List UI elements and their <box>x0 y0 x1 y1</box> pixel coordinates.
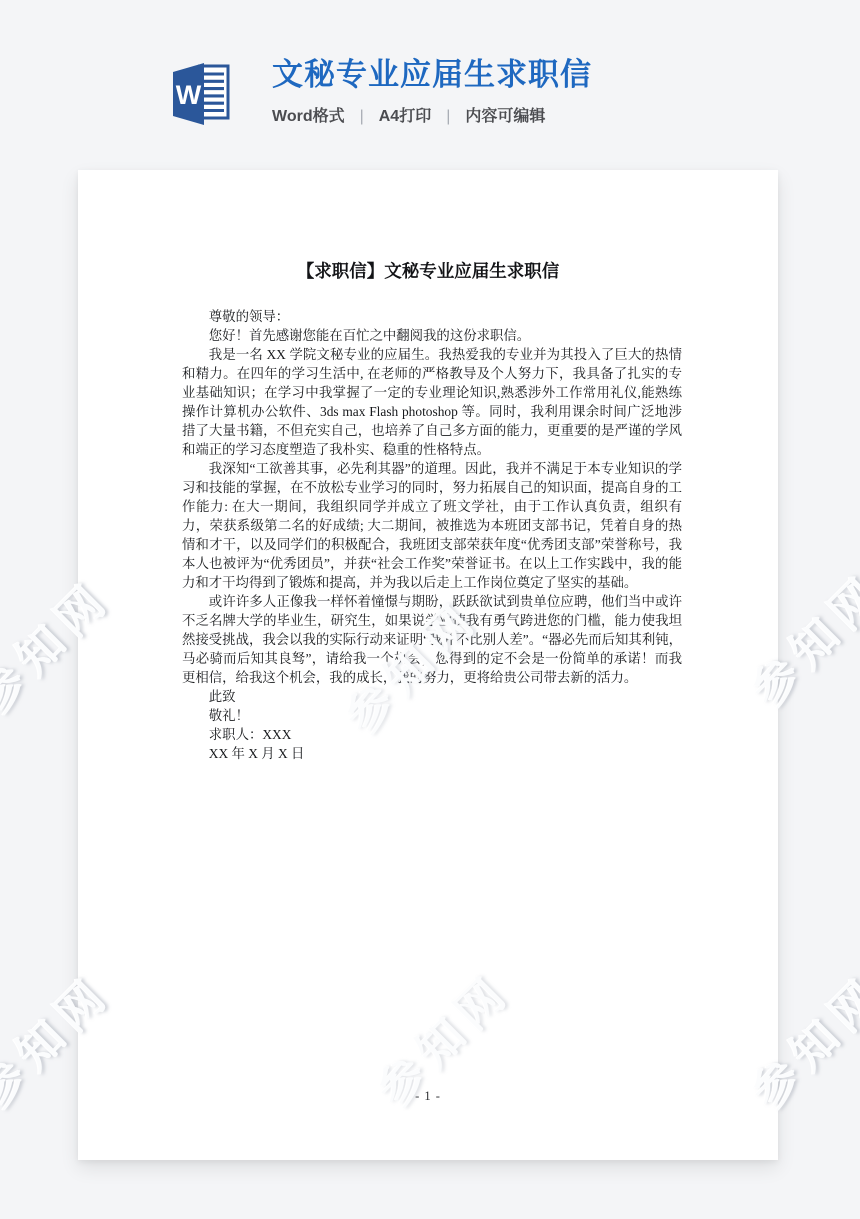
document-body: 尊敬的领导：您好！首先感谢您能在百忙之中翻阅我的这份求职信。我是一名 XX 学院… <box>78 307 778 763</box>
meta-separator: | <box>360 108 364 125</box>
paragraph: 尊敬的领导： <box>182 307 682 326</box>
meta-a4-print: A4打印 <box>379 108 431 125</box>
meta-editable: 内容可编辑 <box>465 108 545 125</box>
paragraph: 求职人：XXX <box>182 725 682 744</box>
format-meta: Word格式|A4打印|内容可编辑 <box>272 103 592 126</box>
paragraph: 敬礼！ <box>182 706 682 725</box>
header-text: 文秘专业应届生求职信 Word格式|A4打印|内容可编辑 <box>272 58 592 126</box>
paragraph: 您好！首先感谢您能在百忙之中翻阅我的这份求职信。 <box>182 326 682 345</box>
paragraph: 我是一名 XX 学院文秘专业的应届生。我热爱我的专业并为其投入了巨大的热情和精力… <box>182 345 682 459</box>
document-page: 【求职信】文秘专业应届生求职信 尊敬的领导：您好！首先感谢您能在百忙之中翻阅我的… <box>78 170 778 1160</box>
svg-text:W: W <box>176 80 202 110</box>
paragraph: 或许许多人正像我一样怀着憧憬与期盼，跃跃欲试到贵单位应聘，他们当中或许不乏名牌大… <box>182 592 682 687</box>
meta-word-format: Word格式 <box>272 108 345 125</box>
meta-separator: | <box>446 108 450 125</box>
paragraph: 我深知“工欲善其事，必先利其器”的道理。因此，我并不满足于本专业知识的学习和技能… <box>182 459 682 592</box>
paragraph: XX 年 X 月 X 日 <box>182 744 682 763</box>
paragraph: 此致 <box>182 687 682 706</box>
document-title: 【求职信】文秘专业应届生求职信 <box>78 170 778 283</box>
word-logo-icon: W <box>168 58 234 130</box>
page-number: - 1 - <box>78 1089 778 1104</box>
site-header: W 文秘专业应届生求职信 Word格式|A4打印|内容可编辑 <box>168 58 592 130</box>
page-title: 文秘专业应届生求职信 <box>272 58 592 92</box>
